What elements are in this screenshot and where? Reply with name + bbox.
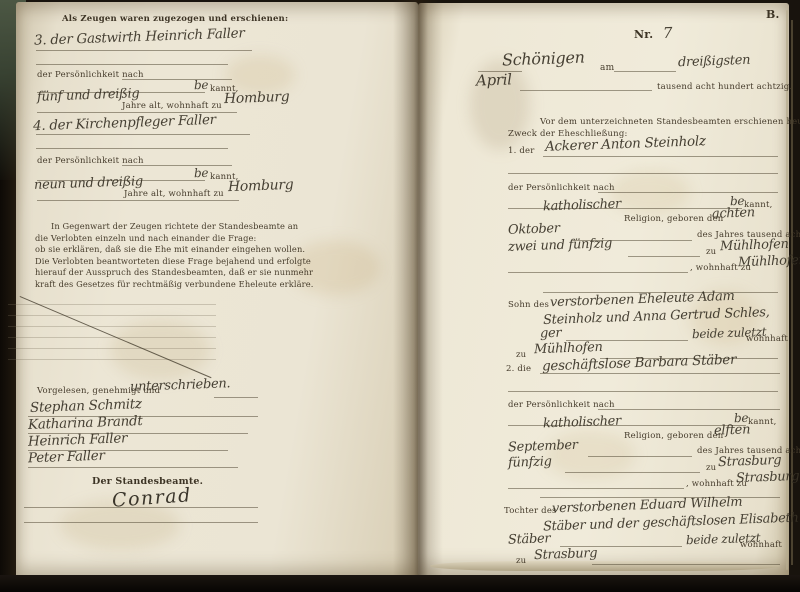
ruled-line — [508, 391, 778, 392]
ruled-line — [8, 315, 216, 316]
be-handwritten: be — [194, 166, 209, 180]
zu-label: zu — [516, 350, 526, 360]
wohnhaft-label: wohnhaft — [746, 334, 788, 344]
bride-geburtsort-handwritten: Strasburg — [718, 453, 782, 470]
groom-eltern-handwritten: ger — [540, 326, 562, 342]
ruled-line — [614, 71, 676, 72]
bride-wohnort-handwritten: Strasburg — [736, 469, 800, 486]
paragraph-line: Die Verlobten beantworteten diese Frage … — [35, 256, 337, 268]
nr-value-handwritten: 7 — [663, 24, 673, 42]
ruled-line — [598, 192, 778, 193]
sohn-des-label: Sohn des — [508, 300, 549, 310]
groom-eltern-ort-handwritten: Mühlhofen — [534, 340, 603, 357]
tag-handwritten: dreißigsten — [678, 53, 751, 71]
witnesses-heading: Als Zeugen waren zugezogen und erschiene… — [62, 14, 288, 24]
ruled-line — [508, 173, 778, 174]
ruled-line — [588, 456, 692, 457]
ruled-line — [543, 156, 778, 157]
paragraph-line: In Gegenwart der Zeugen richtete der Sta… — [35, 221, 337, 233]
declaration-paragraph: In Gegenwart der Zeugen richtete der Sta… — [35, 221, 337, 291]
ruled-line — [37, 200, 239, 201]
ort-handwritten: Schönigen — [502, 48, 585, 70]
ruled-line — [508, 272, 688, 273]
monat-handwritten: April — [476, 70, 512, 89]
witness4-ort-handwritten: Homburg — [228, 177, 294, 195]
bride-geburtstag-handwritten: elften — [714, 422, 751, 438]
photo-bottom-edge — [0, 575, 800, 592]
nr-label: Nr. — [634, 28, 653, 41]
bride-geburtsmonat-handwritten: September — [508, 438, 578, 455]
ruled-line — [24, 507, 258, 508]
ruled-line — [122, 165, 232, 166]
groom-religion-handwritten: katholischer — [543, 197, 621, 215]
jahre-alt-label: Jahre alt, wohnhaft zu — [124, 189, 224, 199]
page-stack-edge — [786, 10, 788, 570]
ruled-line — [36, 148, 228, 149]
ruled-line — [540, 373, 780, 374]
page-bottom-edge — [430, 561, 780, 571]
groom-wohnort-handwritten: Mühlhofen — [738, 253, 800, 270]
ruled-line — [122, 79, 232, 80]
groom-geburtsmonat-handwritten: Oktober — [508, 221, 560, 238]
groom-geburtsort-handwritten: Mühlhofen — [720, 237, 789, 254]
ruled-line — [8, 337, 216, 338]
ruled-line — [628, 256, 700, 257]
bride-religion-handwritten: katholischer — [543, 414, 621, 432]
groom-prefix: 1. der — [508, 146, 535, 156]
ruled-line — [24, 522, 258, 523]
bride-eltern-ort-handwritten: Strasburg — [534, 546, 598, 563]
groom-geburtstag-handwritten: achten — [712, 205, 755, 221]
registry-book-photo: Als Zeugen waren zugezogen und erschiene… — [0, 0, 800, 592]
ruled-line — [520, 90, 652, 91]
page-letter: B. — [766, 8, 780, 21]
jahr-label: tausend acht hundert achtzig. — [657, 82, 792, 92]
ruled-line — [565, 472, 700, 473]
be-handwritten: be — [194, 78, 209, 92]
witness3-ort-handwritten: Homburg — [224, 89, 290, 107]
zu-label: zu — [516, 556, 526, 566]
bride-eltern-handwritten: Stäber — [508, 531, 551, 547]
ruled-line — [8, 348, 216, 349]
religion-geboren-label: Religion, geboren den — [624, 431, 723, 441]
ruled-line — [508, 488, 684, 489]
intro-line: Vor dem unterzeichneten Standesbeamten e… — [540, 117, 800, 127]
wohnhaft-label: wohnhaft — [740, 540, 782, 550]
zu-label: zu — [706, 463, 716, 473]
paragraph-line: hierauf der Ausspruch des Standesbeamten… — [35, 267, 337, 279]
ruled-line — [36, 50, 252, 51]
ruled-line — [592, 564, 780, 565]
bride-geburtsjahr-handwritten: fünfzig — [508, 454, 552, 471]
kannt-label: kannt, — [748, 417, 777, 427]
signature-witness: Peter Faller — [28, 448, 105, 467]
paragraph-line: kraft des Gesetzes für rechtmäßig verbun… — [35, 279, 337, 291]
zu-label: zu — [706, 247, 716, 257]
paragraph-line: ob sie erklären, daß sie die Ehe mit ein… — [35, 244, 337, 256]
am-label: am — [600, 63, 614, 73]
paragraph-line: die Verlobten einzeln und nach einander … — [35, 233, 337, 245]
ruled-line — [8, 326, 216, 327]
jahre-alt-label: Jahre alt, wohnhaft zu — [122, 101, 222, 111]
bride-prefix: 2. die — [506, 364, 531, 374]
ruled-line — [28, 467, 238, 468]
ruled-line — [214, 397, 258, 398]
ruled-line — [36, 134, 250, 135]
religion-geboren-label: Religion, geboren den — [624, 214, 723, 224]
ruled-line — [8, 359, 216, 360]
ruled-line — [598, 409, 780, 410]
book-gutter — [393, 0, 443, 592]
tochter-des-label: Tochter des — [504, 506, 557, 516]
ruled-line — [36, 64, 228, 65]
